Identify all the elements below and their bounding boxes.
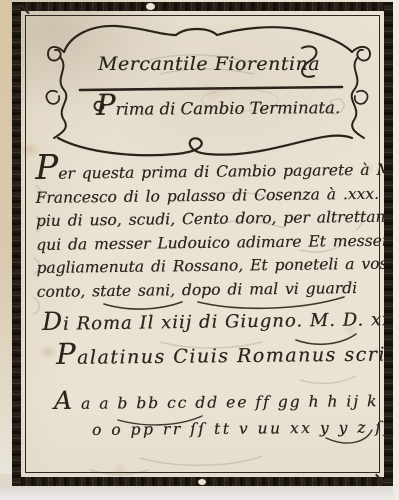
signature-line: Palatinus Ciuis Romanus scribebat. [56,343,399,369]
adjacent-page-edge [0,0,12,474]
page-subtitle: Prima di Cambio Terminata. [96,98,336,119]
alphabet-line: o o pp rr ſſ tt v uu xx y y z ſſ et & [92,418,399,439]
photo-bottom-margin [0,487,399,500]
border-band-top [12,2,393,11]
page-title: Mercantile Fiorentina [84,53,334,75]
border-flaw-bottom [198,479,206,485]
photo-right-margin [393,0,399,500]
date-line: Di Roma Il xiij di Giugno. M. D. xxxviij [42,309,399,335]
border-band-bottom [12,477,393,486]
border-band-left [12,2,21,486]
alphabet-line: A a a b bb cc dd ee ff gg h h ij k k ll … [54,391,399,413]
body-line: Per questa prima di Cambio pagarete à Me… [35,159,377,187]
body-text: Per questa prima di Cambio pagarete à Me… [35,159,379,304]
body-line: pagliamenuta di Rossano, Et poneteli a v… [36,253,378,281]
manuscript-photograph: Mercantile Fiorentina Prima di Cambio Te… [0,0,399,500]
body-line: conto, state sani, dopo di mal vi guardi [37,276,379,304]
body-line: piu di uso, scudi, Cento doro, per altre… [36,206,378,234]
border-flaw-top [146,3,155,10]
